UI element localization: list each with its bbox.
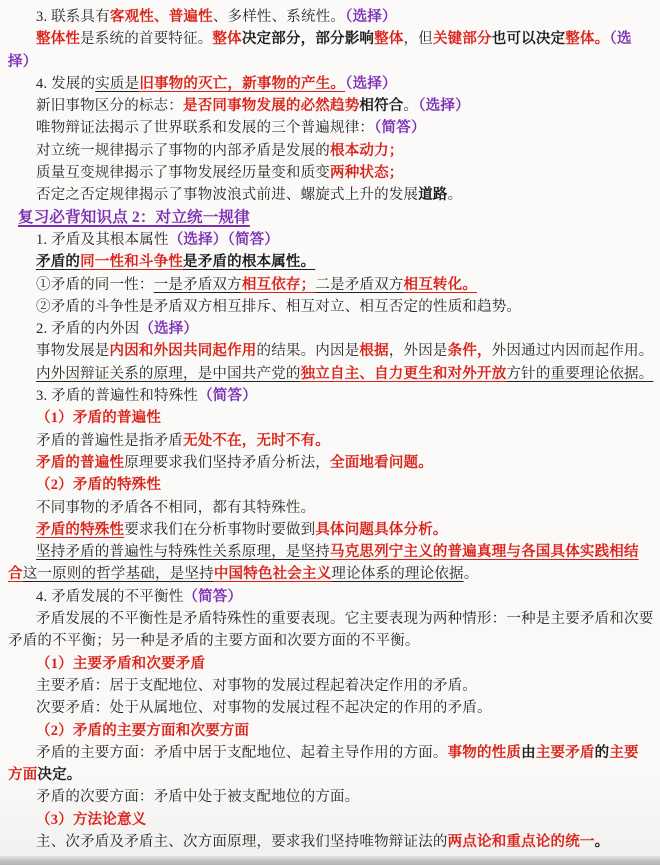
text-segment: 整体。 (565, 31, 609, 47)
text-segment: 新旧事物区分的标志： (36, 98, 183, 114)
text-segment: 相互转化。 (404, 277, 478, 293)
text-segment: 道路 (418, 187, 447, 203)
text-line: 次要矛盾：处于从属地位、对事物的发展过程不起决定的作用的矛盾。 (8, 697, 654, 719)
text-segment: 。 (464, 566, 479, 582)
text-line: （3）方法论意义 (8, 809, 654, 831)
text-segment: （选择）（简答） (169, 232, 279, 248)
text-segment: 要求我们在分析事物时要做到 (124, 522, 315, 538)
text-segment: （简答） (374, 120, 426, 136)
text-segment: 主要矛盾 (536, 745, 595, 761)
text-segment: 外因通过内因而起作用。 (492, 343, 654, 359)
text-segment: 全面地看问题。 (330, 455, 433, 471)
text-segment: 由 (521, 745, 536, 761)
text-line: 4. 矛盾发展的不平衡性（简答） (8, 586, 654, 608)
page-bottom-edge (0, 856, 660, 865)
text-segment: （简答） (183, 589, 242, 605)
text-segment: （3）方法论意义 (36, 812, 146, 828)
text-segment: 原理要求我们坚持矛盾分析法， (124, 455, 330, 471)
text-segment: 事物发展是 (36, 343, 110, 359)
text-segment: 不同事物的矛盾各不相同，都有其特殊性。 (36, 500, 315, 516)
text-segment: （2）矛盾的主要方面和次要方面 (36, 723, 249, 739)
text-line: 整体性是系统的首要特征。整体决定部分，部分影响整体，但关键部分也可以决定整体。（… (8, 28, 654, 50)
text-segment: 内因和外因共同起作用 (110, 343, 257, 359)
text-segment: 次要矛盾：处于从属地位、对事物的发展过程不起决定的作用的矛盾。 (36, 700, 492, 716)
text-line: 矛盾的普遍性是指矛盾无处不在，无时不有。 (8, 430, 654, 452)
text-segment: （2）矛盾的特殊性 (36, 477, 161, 493)
text-line: 否定之否定规律揭示了事物波浪式前进、螺旋式上升的发展道路。 (8, 184, 654, 206)
text-line: 坚持矛盾的普遍性与特殊性关系原理，是坚持马克思列宁主义的普遍真理与各国具体实践相… (8, 541, 654, 563)
text-line: （2）矛盾的特殊性 (8, 474, 654, 496)
text-line: ②矛盾的斗争性是矛盾双方相互排斥、相互对立、相互否定的性质和趋势。 (8, 296, 654, 318)
text-segment: 实质是 (95, 76, 139, 92)
text-segment: ②矛盾的斗争性是矛盾双方相互排斥、相互对立、相互否定的性质和趋势。 (36, 299, 521, 315)
text-line: 矛盾的不平衡；另一种是矛盾的主要方面和次要方面的不平衡。 (8, 630, 654, 652)
text-line: 唯物辩证法揭示了世界联系和发展的三个普遍规律：（简答） (8, 117, 654, 139)
text-segment: 是否同事物发展的必然趋势 (183, 98, 359, 114)
text-segment: 决定部分，部分影响 (242, 31, 374, 47)
text-segment: 矛盾发展的不平衡性是矛盾特殊性的重要表现。它主要表现为两种情形：一种是主要矛盾和… (36, 611, 653, 627)
text-line: 主、次矛盾及矛盾主、次方面原理，要求我们坚持唯物辩证法的两点论和重点论的统一。 (8, 831, 654, 853)
text-segment: 事物的性质 (448, 745, 522, 761)
text-segment: 独立自主、自力更生和对外开放 (301, 366, 507, 382)
text-segment: 质量互变规律揭示了事物发展经历量变和质变 (36, 165, 330, 181)
text-line: 事物发展是内因和外因共同起作用的结果。内因是根据，外因是条件，外因通过内因而起作… (8, 340, 654, 362)
text-segment: ，但 (404, 31, 433, 47)
text-line: 矛盾的同一性和斗争性是矛盾的根本属性。 (8, 251, 654, 273)
text-line: 2. 矛盾的内外因（选择） (8, 318, 654, 340)
text-segment: 内外因辩证关系的原理，是中国共产党的 (36, 366, 301, 382)
text-segment: 两种状态； (330, 165, 404, 181)
text-segment: 坚持矛盾的普遍性与特殊性关系原理，是坚持 (36, 544, 330, 560)
text-segment: 整体 (212, 31, 241, 47)
text-segment: 否定之否定规律揭示了事物波浪式前进、螺旋式上升的发展 (36, 187, 418, 203)
text-segment: 1. 矛盾及其根本属性 (36, 232, 169, 248)
text-segment: （选择） (418, 98, 470, 114)
text-segment: ①矛盾的同一性： (36, 277, 154, 293)
text-segment: 整体 (374, 31, 403, 47)
text-line: 矛盾的主要方面：矛盾中居于支配地位、起着主导作用的方面。事物的性质由主要矛盾的主… (8, 742, 654, 764)
text-line: （1）矛盾的普遍性 (8, 407, 654, 429)
text-segment: 具体问题具体分析。 (315, 522, 447, 538)
text-segment: 。 (595, 834, 610, 850)
text-line: 质量互变规律揭示了事物发展经历量变和质变两种状态； (8, 162, 654, 184)
text-segment: 3. 矛盾的普遍性和特殊性 (36, 388, 198, 404)
study-notes-text: 3. 联系具有客观性、普遍性、多样性、系统性。（选择）整体性是系统的首要特征。整… (8, 6, 654, 853)
text-segment: 这一原则的哲学基础，是坚持 (23, 566, 214, 582)
text-segment: 矛盾的主要方面：矛盾中居于支配地位、起着主导作用的方面。 (36, 745, 448, 761)
text-segment: 3. 联系具有 (36, 9, 110, 25)
text-segment: 矛盾的次要方面：矛盾中处于被支配地位的方面。 (36, 789, 359, 805)
text-line: 合这一原则的哲学基础，是坚持中国特色社会主义理论体系的理论依据。 (8, 563, 654, 585)
text-segment: 相符合 (359, 98, 403, 114)
text-line: 主要矛盾：居于支配地位、对事物的发展过程起着决定作用的矛盾。 (8, 675, 654, 697)
text-segment: 也可以决定 (492, 31, 566, 47)
text-segment: 矛盾的普遍性是指矛盾 (36, 433, 183, 449)
text-segment: 同一性和斗争性 (80, 254, 183, 270)
text-segment: 矛盾的特殊性 (36, 522, 124, 538)
text-segment: 中国特色社会主义 (214, 566, 332, 582)
text-segment: 矛盾的 (36, 254, 80, 270)
text-segment: （选择） (139, 321, 198, 337)
text-line: 3. 联系具有客观性、普遍性、多样性、系统性。（选择） (8, 6, 654, 28)
text-line: 择） (8, 51, 654, 73)
text-segment: 一是矛盾双方 (154, 277, 242, 293)
text-segment: 方针的重要理论依据。 (506, 366, 653, 382)
text-segment: 4. 发展的 (36, 76, 95, 92)
text-line: 3. 矛盾的普遍性和特殊性（简答） (8, 385, 654, 407)
text-line: 方面决定。 (8, 764, 654, 786)
text-line: 4. 发展的实质是旧事物的灭亡，新事物的产生。（选择） (8, 73, 654, 95)
text-segment: 决定。 (37, 767, 81, 783)
text-segment: 复习必背知识点 2：对立统一规律 (18, 209, 250, 226)
text-segment: 关键部分 (433, 31, 492, 47)
text-line: 内外因辩证关系的原理，是中国共产党的独立自主、自力更生和对外开放方针的重要理论依… (8, 363, 654, 385)
text-segment: 择） (8, 54, 37, 70)
text-segment: 无处不在，无时不有。 (183, 433, 330, 449)
text-segment: 条件， (448, 343, 492, 359)
text-line: 对立统一规律揭示了事物的内部矛盾是发展的根本动力； (8, 140, 654, 162)
text-segment: 矛盾的不平衡；另一种是矛盾的主要方面和次要方面的不平衡。 (8, 633, 420, 649)
section-heading: 复习必背知识点 2：对立统一规律 (8, 207, 654, 229)
text-segment: 4. 矛盾发展的不平衡性 (36, 589, 183, 605)
text-segment: （选择） (345, 9, 397, 25)
text-segment: 二是矛盾双方 (315, 277, 403, 293)
text-segment: 理论体系的理论依据 (331, 566, 463, 582)
text-segment: 根本动力； (330, 143, 404, 159)
text-line: （2）矛盾的主要方面和次要方面 (8, 720, 654, 742)
text-segment: （1）主要矛盾和次要矛盾 (36, 656, 205, 672)
text-segment: （选 (609, 31, 631, 47)
text-segment: （选择） (345, 76, 397, 92)
text-segment: 合 (8, 566, 23, 582)
text-segment: 方面 (8, 767, 37, 783)
text-line: 矛盾发展的不平衡性是矛盾特殊性的重要表现。它主要表现为两种情形：一种是主要矛盾和… (8, 608, 654, 630)
text-line: 新旧事物区分的标志：是否同事物发展的必然趋势相符合。（选择） (8, 95, 654, 117)
text-segment: 是矛盾的根本属性。 (183, 254, 315, 270)
text-segment: 是系统的首要特征。 (80, 31, 212, 47)
text-segment: 主要矛盾：居于支配地位、对事物的发展过程起着决定作用的矛盾。 (36, 678, 477, 694)
text-segment: 客观性、普遍性 (110, 9, 213, 25)
text-line: 不同事物的矛盾各不相同，都有其特殊性。 (8, 497, 654, 519)
text-segment: 的 (595, 745, 610, 761)
text-line: 1. 矛盾及其根本属性（选择）（简答） (8, 229, 654, 251)
text-segment: 、多样性、系统性。 (213, 9, 345, 25)
text-segment: 主、次矛盾及矛盾主、次方面原理，要求我们坚持唯物辩证法的 (36, 834, 448, 850)
text-line: 矛盾的特殊性要求我们在分析事物时要做到具体问题具体分析。 (8, 519, 654, 541)
text-line: 矛盾的普遍性原理要求我们坚持矛盾分析法，全面地看问题。 (8, 452, 654, 474)
text-line: （1）主要矛盾和次要矛盾 (8, 653, 654, 675)
text-segment: 矛盾的普遍性 (36, 455, 124, 471)
text-segment: 两点论和重点论的统一 (448, 834, 595, 850)
text-segment: 整体性 (36, 31, 80, 47)
text-segment: 。 (404, 98, 419, 114)
text-segment: （1）矛盾的普遍性 (36, 410, 161, 426)
text-line: ①矛盾的同一性：一是矛盾双方相互依存；二是矛盾双方相互转化。 (8, 274, 654, 296)
text-segment: 对立统一规律揭示了事物的内部矛盾是发展的 (36, 143, 330, 159)
text-segment: 。 (448, 187, 463, 203)
text-segment: 的结果。内因是 (257, 343, 360, 359)
text-segment: 旧事物的灭亡，新事物的产生。 (139, 76, 345, 92)
text-segment: 相互依存； (242, 277, 316, 293)
text-segment: 唯物辩证法揭示了世界联系和发展的三个普遍规律： (36, 120, 374, 136)
text-segment: （简答） (198, 388, 257, 404)
text-segment: 根据 (359, 343, 388, 359)
text-line: 矛盾的次要方面：矛盾中处于被支配地位的方面。 (8, 786, 654, 808)
text-segment: 主要 (609, 745, 638, 761)
text-segment: 马克思列宁主义的普遍真理与各国具体实践相结 (330, 544, 639, 560)
text-segment: 2. 矛盾的内外因 (36, 321, 139, 337)
document-page: 3. 联系具有客观性、普遍性、多样性、系统性。（选择）整体性是系统的首要特征。整… (0, 0, 660, 865)
text-segment: ，外因是 (389, 343, 448, 359)
